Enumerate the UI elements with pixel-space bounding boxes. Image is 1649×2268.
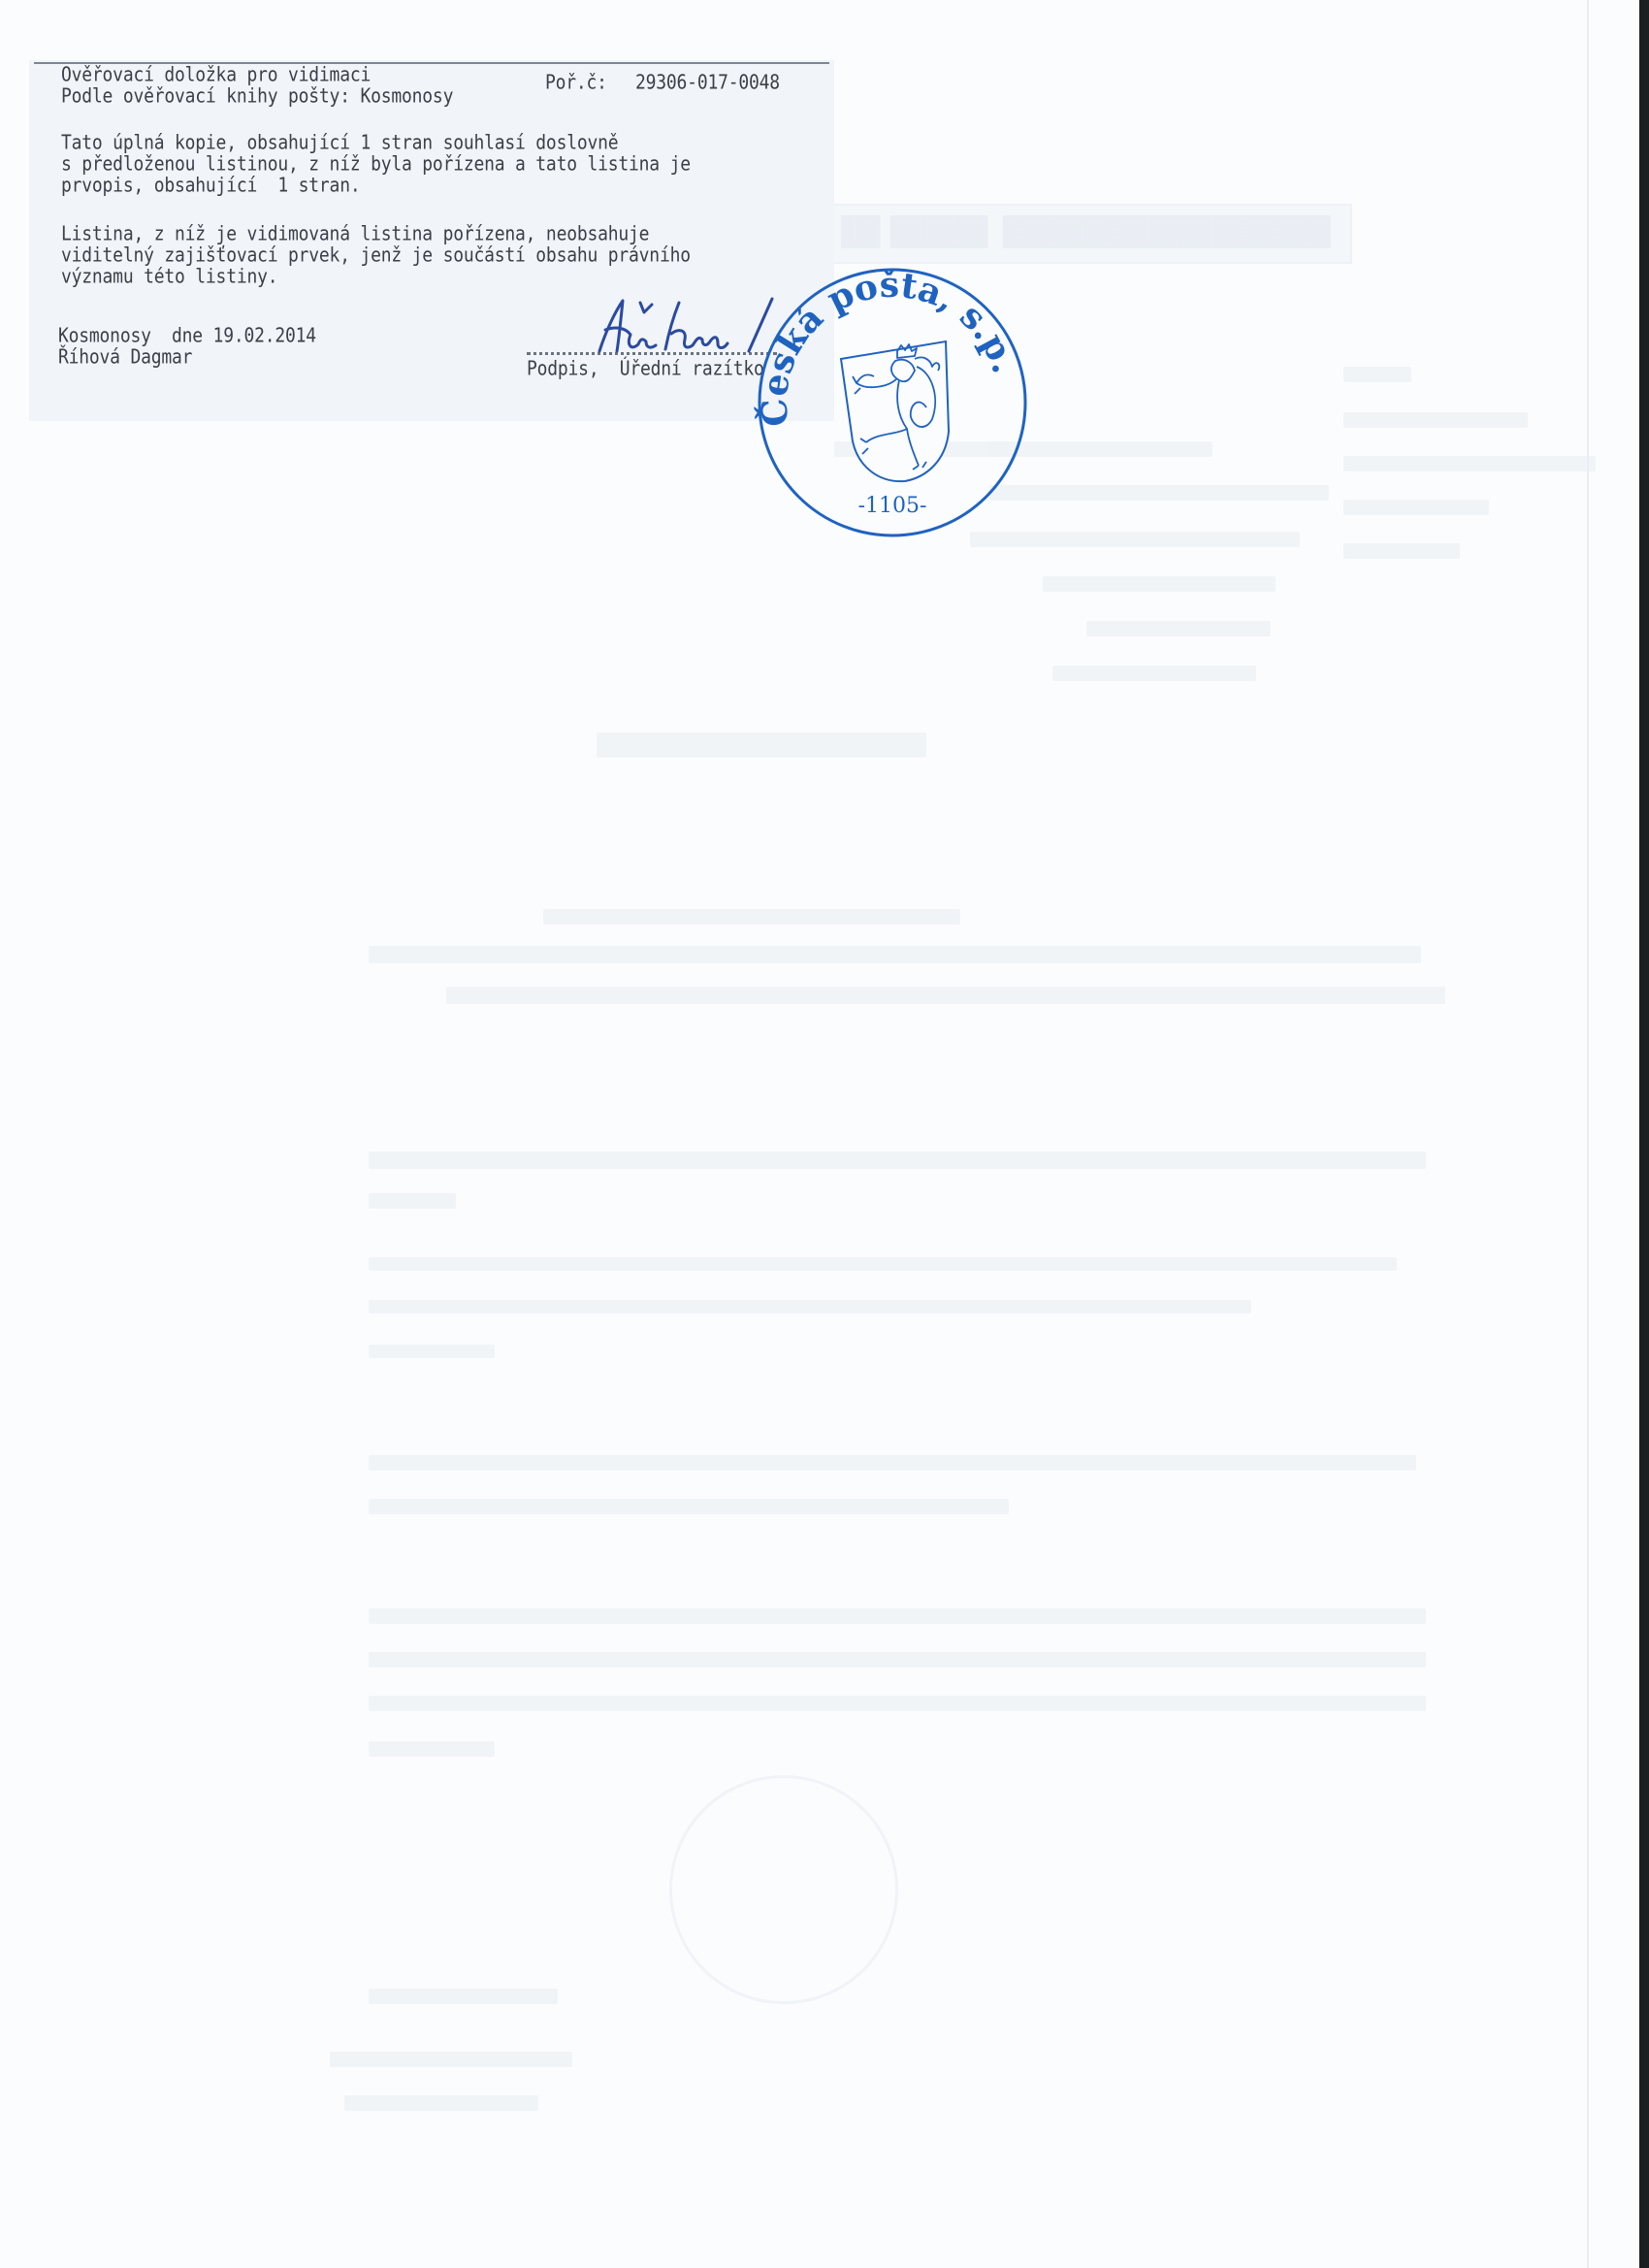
ghost-line [369,1696,1426,1711]
ghost-line [344,2095,538,2111]
ghost-line [369,1608,1426,1624]
paragraph1-line: Tato úplná kopie, obsahující 1 stran sou… [61,134,618,153]
scan-fold-line [1587,0,1589,2268]
official-name: Říhová Dagmar [58,348,192,368]
ghost-line [369,946,1421,963]
ghost-header-box [820,204,1352,264]
paragraph1-line: s předloženou listinou, z níž byla poříz… [61,155,691,175]
ghost-line [369,1300,1251,1313]
ghost-line [1343,367,1411,382]
ghost-line [1043,576,1276,592]
ghost-line [369,1455,1416,1471]
reference-number: 29306-017-0048 [635,74,780,93]
ghost-line [1086,621,1271,636]
ghost-line [330,2052,572,2067]
postal-stamp: Česká pošta, s.p. -1105- [752,262,1033,543]
ghost-line [369,1741,495,1757]
ghost-line [1343,543,1460,559]
ghost-stamp [669,1775,898,2004]
paragraph1-line: prvopis, obsahující 1 stran. [61,177,360,196]
ghost-line [369,1652,1426,1668]
coat-of-arms-icon [841,341,949,481]
ghost-line [1343,412,1528,428]
clause-title: Ověřovací doložka pro vidimaci [61,66,371,85]
scan-right-edge [1639,0,1649,2268]
ghost-line [1343,500,1489,515]
stamp-number: -1105- [858,494,927,518]
ghost-line [369,1989,558,2004]
document-page: Ověřovací doložka pro vidimaci Poř.č: 29… [0,0,1639,2268]
book-line: Podle ověřovací knihy pošty: Kosmonosy [61,87,453,107]
ghost-heading [597,732,926,758]
ghost-line [369,1499,1009,1514]
place-date: Kosmonosy dne 19.02.2014 [58,327,316,346]
paragraph2-line: významu této listiny. [61,268,277,287]
ghost-line [369,1193,456,1209]
ghost-line [369,1151,1426,1169]
ghost-line [369,1345,495,1358]
paragraph2-line: viditelný zajišťovací prvek, jenž je sou… [61,246,691,266]
ghost-line [1343,456,1596,471]
ghost-line [1052,665,1256,681]
ghost-line [543,909,960,924]
reference-label: Poř.č: [545,74,607,93]
paragraph2-line: Listina, z níž je vidimovaná listina poř… [61,225,649,244]
ghost-line [989,485,1329,501]
ghost-line [446,987,1445,1004]
ghost-line [369,1257,1397,1271]
